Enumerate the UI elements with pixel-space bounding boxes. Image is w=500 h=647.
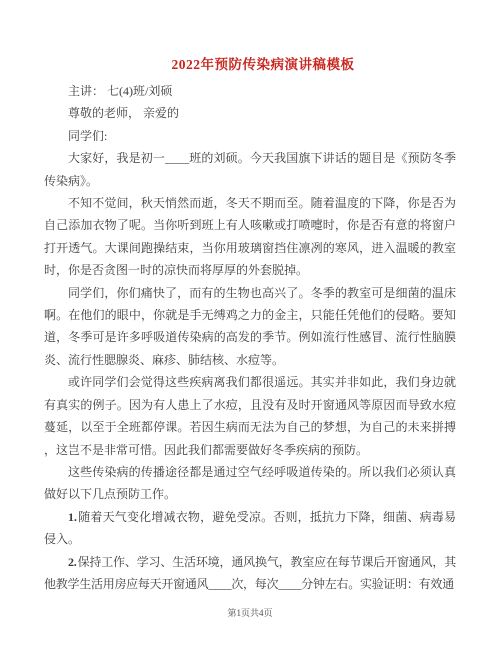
list-item-1: 1.随着天气变化增减衣物，避免受凉。否则，抵抗力下降，细菌、病毒易侵入。 [44,506,456,551]
document-title: 2022年预防传染病演讲稿模板 [0,0,500,75]
paragraph-winter: 不知不觉间，秋天悄然而逝，冬天不期而至。随着温度的下降，你是否为自己添加衣物了呢… [44,192,456,282]
paragraph-transmission: 这些传染病的传播途径都是通过空气经呼吸道传染的。所以我们必须认真做好以下几点预防… [44,461,456,506]
list-item-1-number: 1. [68,510,77,524]
paragraph-intro: 大家好，我是初一____班的刘硕。今天我国旗下讲话的题目是《预防冬季传染病》。 [44,147,456,192]
list-item-2-text: 保持工作、学习、生活环境，通风换气，教室应在每节课后开窗通风，其他教学生活用房应… [44,555,456,591]
salutation-line: 尊敬的老师， 亲爱的 [44,102,456,124]
list-item-2-number: 2. [68,555,76,569]
salutation-students-line: 同学们: [44,125,456,147]
speaker-line: 主讲： 七(4)班/刘硕 [44,80,456,102]
list-item-2: 2.保持工作、学习、生活环境，通风换气，教室应在每节课后开窗通风，其他教学生活用… [44,551,456,596]
page-number-footer: 第1页共4页 [0,606,500,620]
list-item-1-text: 随着天气变化增减衣物，避免受凉。否则，抵抗力下降，细菌、病毒易侵入。 [44,510,456,546]
paragraph-germs: 同学们，你们痛快了，而有的生物也高兴了。冬季的教室可是细菌的温床啊。在他们的眼中… [44,282,456,372]
document-body: 主讲： 七(4)班/刘硕 尊敬的老师， 亲爱的 同学们: 大家好，我是初一___… [0,75,500,595]
document-page: 2022年预防传染病演讲稿模板 主讲： 七(4)班/刘硕 尊敬的老师， 亲爱的 … [0,0,500,647]
paragraph-example: 或许同学们会觉得这些疾病离我们都很遥远。其实并非如此，我们身边就有真实的例子。因… [44,371,456,461]
